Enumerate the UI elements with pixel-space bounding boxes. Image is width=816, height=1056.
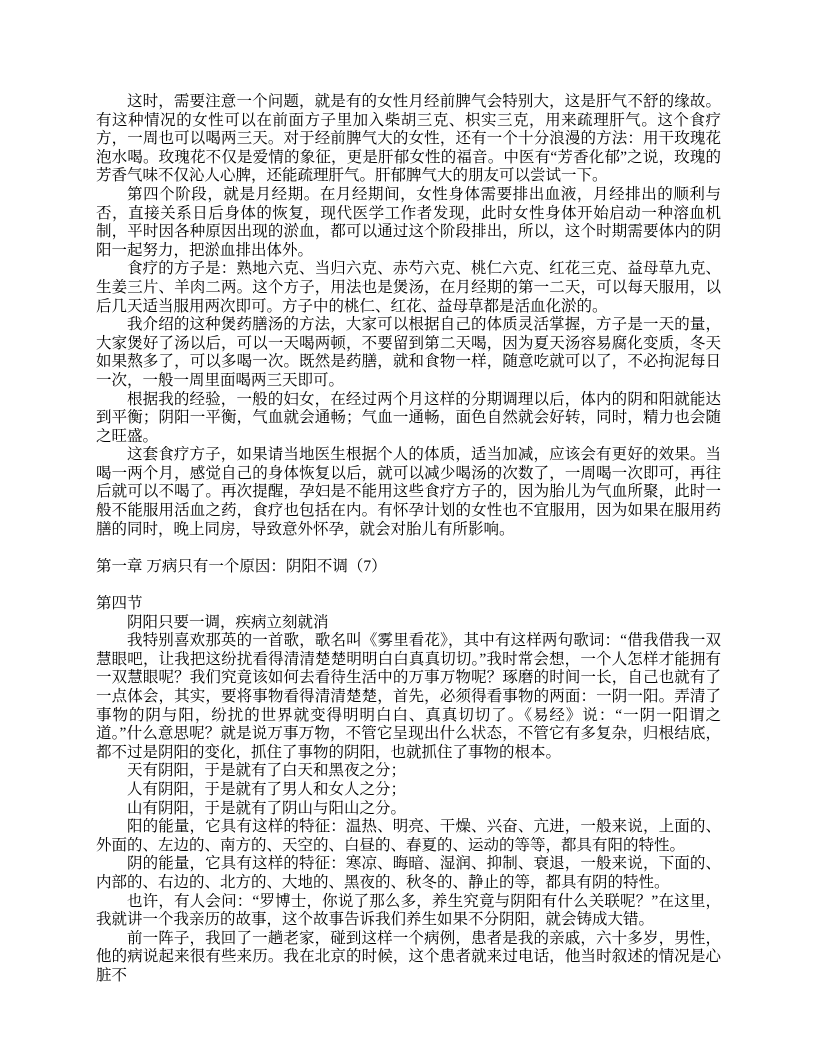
text-line: 阴阳只要一调，疾病立刻就消 <box>96 614 721 633</box>
body-paragraph: 我介绍的这种煲药膳汤的方法，大家可以根据自己的体质灵活掌握，方子是一天的量，大家… <box>96 316 721 390</box>
body-paragraph: 这时，需要注意一个问题，就是有的女性月经前脾气会特别大，这是肝气不舒的缘故。有这… <box>96 93 721 186</box>
body-paragraph: 根据我的经验，一般的妇女，在经过两个月这样的分期调理以后，体内的阴和阳就能达到平… <box>96 391 721 447</box>
document-content: 这时，需要注意一个问题，就是有的女性月经前脾气会特别大，这是肝气不舒的缘故。有这… <box>96 93 721 986</box>
heading-line: 第四节 <box>96 595 721 614</box>
document-page: 这时，需要注意一个问题，就是有的女性月经前脾气会特别大，这是肝气不舒的缘故。有这… <box>0 0 816 1056</box>
body-paragraph: 食疗的方子是：熟地六克、当归六克、赤芍六克、桃仁六克、红花三克、益母草九克、生姜… <box>96 260 721 316</box>
body-paragraph: 第四个阶段，就是月经期。在月经期间，女性身体需要排出血液，月经排出的顺利与否，直… <box>96 186 721 260</box>
body-paragraph: 阴的能量，它具有这样的特征：寒凉、晦暗、湿润、抑制、衰退，一般来说，下面的、内部… <box>96 855 721 892</box>
body-paragraph: 我特别喜欢那英的一首歌，歌名叫《雾里看花》，其中有这样两句歌词：“借我借我一双慧… <box>96 632 721 762</box>
text-line: 天有阴阳，于是就有了白天和黑夜之分； <box>96 762 721 781</box>
text-line: 人有阴阳，于是就有了男人和女人之分； <box>96 781 721 800</box>
body-paragraph: 也许，有人会问：“罗博士，你说了那么多，养生究竟与阴阳有什么关联呢？”在这里，我… <box>96 893 721 930</box>
body-paragraph: 阳的能量，它具有这样的特征：温热、明亮、干燥、兴奋、亢进，一般来说，上面的、外面… <box>96 818 721 855</box>
body-paragraph: 前一阵子，我回了一趟老家，碰到这样一个病例，患者是我的亲戚，六十多岁，男性，他的… <box>96 930 721 986</box>
blank-line <box>96 576 721 595</box>
text-line: 山有阴阳，于是就有了阴山与阳山之分。 <box>96 800 721 819</box>
blank-line <box>96 539 721 558</box>
body-paragraph: 这套食疗方子，如果请当地医生根据个人的体质，适当加减，应该会有更好的效果。当喝一… <box>96 446 721 539</box>
heading-line: 第一章 万病只有一个原因：阴阳不调（7） <box>96 558 721 577</box>
